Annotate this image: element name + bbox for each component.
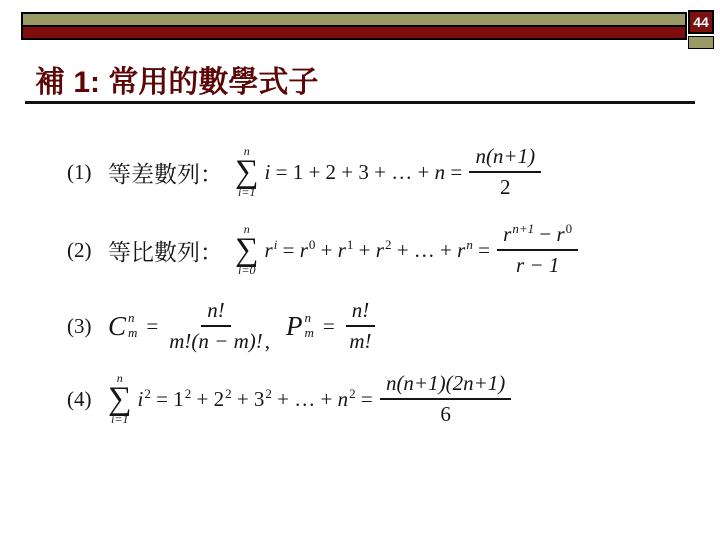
formula-number: (4) — [67, 387, 108, 412]
combination-symbol: C n m — [108, 311, 137, 342]
superscript: n — [304, 311, 313, 326]
fraction-denominator: m! — [349, 327, 371, 354]
corner-decoration-square — [688, 36, 714, 49]
sum-lower-limit: i=1 — [111, 413, 128, 426]
math-term: n — [435, 160, 446, 185]
math-operator: + — [353, 238, 375, 263]
equals-sign: = — [323, 314, 335, 339]
term-superscript: 0 — [566, 221, 573, 236]
term-superscript: 2 — [265, 386, 272, 401]
comma: , — [265, 329, 270, 354]
math-term: r1 — [338, 238, 354, 263]
math-operator: = 1 + 2 + 3 + … + — [270, 160, 434, 185]
header-bar-khaki-stripe — [23, 14, 685, 27]
math-operator: = — [473, 238, 495, 263]
formula-row-combination-permutation: (3) C n m = n! m!(n − m)! , P n m = n! m… — [67, 294, 375, 358]
math-term: r0 — [556, 222, 572, 247]
math-operator: = — [277, 238, 299, 263]
summation: n ∑ i=0 — [235, 223, 259, 277]
term-base: n — [338, 387, 349, 411]
subscript: m — [128, 326, 137, 341]
math-operator: = — [356, 387, 378, 412]
page-number: 44 — [693, 14, 709, 30]
summation: n ∑ i=1 — [235, 145, 259, 199]
math-operator: + … + — [272, 387, 338, 412]
term-superscript: 2 — [385, 237, 392, 252]
term-superscript: 2 — [144, 386, 151, 401]
math-term: rn+1 — [503, 222, 534, 247]
term-base: r — [457, 238, 465, 262]
header-bar-maroon-stripe — [23, 27, 685, 38]
slide-title: 補 1: 常用的數學式子 — [35, 57, 318, 101]
fraction-denominator: m!(n − m)! — [169, 327, 262, 354]
math-operator: − — [534, 222, 556, 247]
fraction-denominator: r − 1 — [516, 251, 559, 278]
formula-label: 等差數列： — [108, 156, 223, 189]
equals-sign: = — [146, 314, 158, 339]
math-term: r0 — [300, 238, 316, 263]
term-superscript: n+1 — [512, 221, 534, 236]
fraction: n(n+1) 2 — [469, 144, 541, 200]
sigma-icon: ∑ — [108, 385, 132, 413]
sum-lower-limit: i=0 — [238, 264, 255, 277]
summation: n ∑ i=1 — [108, 372, 132, 426]
formula-label: 等比數列： — [108, 234, 223, 267]
header-bar — [21, 12, 687, 40]
fraction: rn+1 − r0 r − 1 — [497, 222, 578, 278]
fraction-denominator: 6 — [440, 400, 451, 427]
scripts: n m — [304, 311, 313, 341]
sigma-icon: ∑ — [235, 158, 259, 186]
letter-P: P — [286, 311, 303, 342]
math-operator: + … + — [391, 238, 457, 263]
term-base: i — [138, 387, 144, 411]
math-operator: = — [445, 160, 467, 185]
formula-row-arithmetic-series: (1) 等差數列： n ∑ i=1 i = 1 + 2 + 3 + … + n … — [67, 137, 541, 207]
fraction: n(n+1)(2n+1) 6 — [380, 371, 511, 427]
term-base: r — [300, 238, 308, 262]
math-term: r2 — [376, 238, 392, 263]
term-superscript: 0 — [309, 237, 316, 252]
sigma-icon: ∑ — [235, 236, 259, 264]
term-superscript: 1 — [347, 237, 354, 252]
permutation-symbol: P n m — [286, 311, 314, 342]
term-base: 2 — [214, 387, 225, 411]
math-term: n2 — [338, 387, 356, 412]
page-number-box: 44 — [688, 10, 714, 34]
term-superscript: i — [274, 237, 278, 252]
term-superscript: 2 — [225, 386, 232, 401]
term-base: r — [376, 238, 384, 262]
formula-number: (1) — [67, 160, 108, 185]
formula-row-sum-of-squares: (4) n ∑ i=1 i2 = 12 + 22 + 32 + … + n2 =… — [67, 360, 511, 438]
scripts: n m — [128, 311, 137, 341]
term-base: r — [556, 222, 564, 246]
term-base: r — [265, 238, 273, 262]
fraction-denominator: 2 — [500, 173, 511, 200]
math-operator: + — [191, 387, 213, 412]
subscript: m — [304, 326, 313, 341]
term-base: r — [338, 238, 346, 262]
term-base: r — [503, 222, 511, 246]
letter-C: C — [108, 311, 126, 342]
math-term: 32 — [254, 387, 272, 412]
math-term: rn — [457, 238, 473, 263]
fraction-numerator: rn+1 − r0 — [497, 222, 578, 251]
sum-lower-limit: i=1 — [238, 186, 255, 199]
formula-row-geometric-series: (2) 等比數列： n ∑ i=0 ri = r0 + r1 + r2 + … … — [67, 212, 578, 288]
formula-number: (3) — [67, 314, 108, 339]
fraction: n! m! — [346, 298, 376, 354]
math-operator: = — [151, 387, 173, 412]
math-term: ri — [265, 238, 278, 263]
fraction-numerator: n! — [201, 298, 231, 327]
fraction-numerator: n(n+1)(2n+1) — [380, 371, 511, 400]
fraction-numerator: n! — [346, 298, 376, 327]
fraction-numerator: n(n+1) — [469, 144, 541, 173]
term-superscript: 2 — [185, 386, 192, 401]
term-superscript: 2 — [349, 386, 356, 401]
math-term: 22 — [214, 387, 232, 412]
term-base: 1 — [173, 387, 184, 411]
formula-number: (2) — [67, 238, 108, 263]
superscript: n — [128, 311, 137, 326]
title-underline — [25, 101, 695, 104]
math-operator: + — [315, 238, 337, 263]
math-operator: + — [232, 387, 254, 412]
math-term: i2 — [138, 387, 151, 412]
fraction: n! m!(n − m)! — [169, 298, 262, 354]
math-term: 12 — [173, 387, 191, 412]
term-superscript: n — [466, 237, 473, 252]
term-base: 3 — [254, 387, 265, 411]
